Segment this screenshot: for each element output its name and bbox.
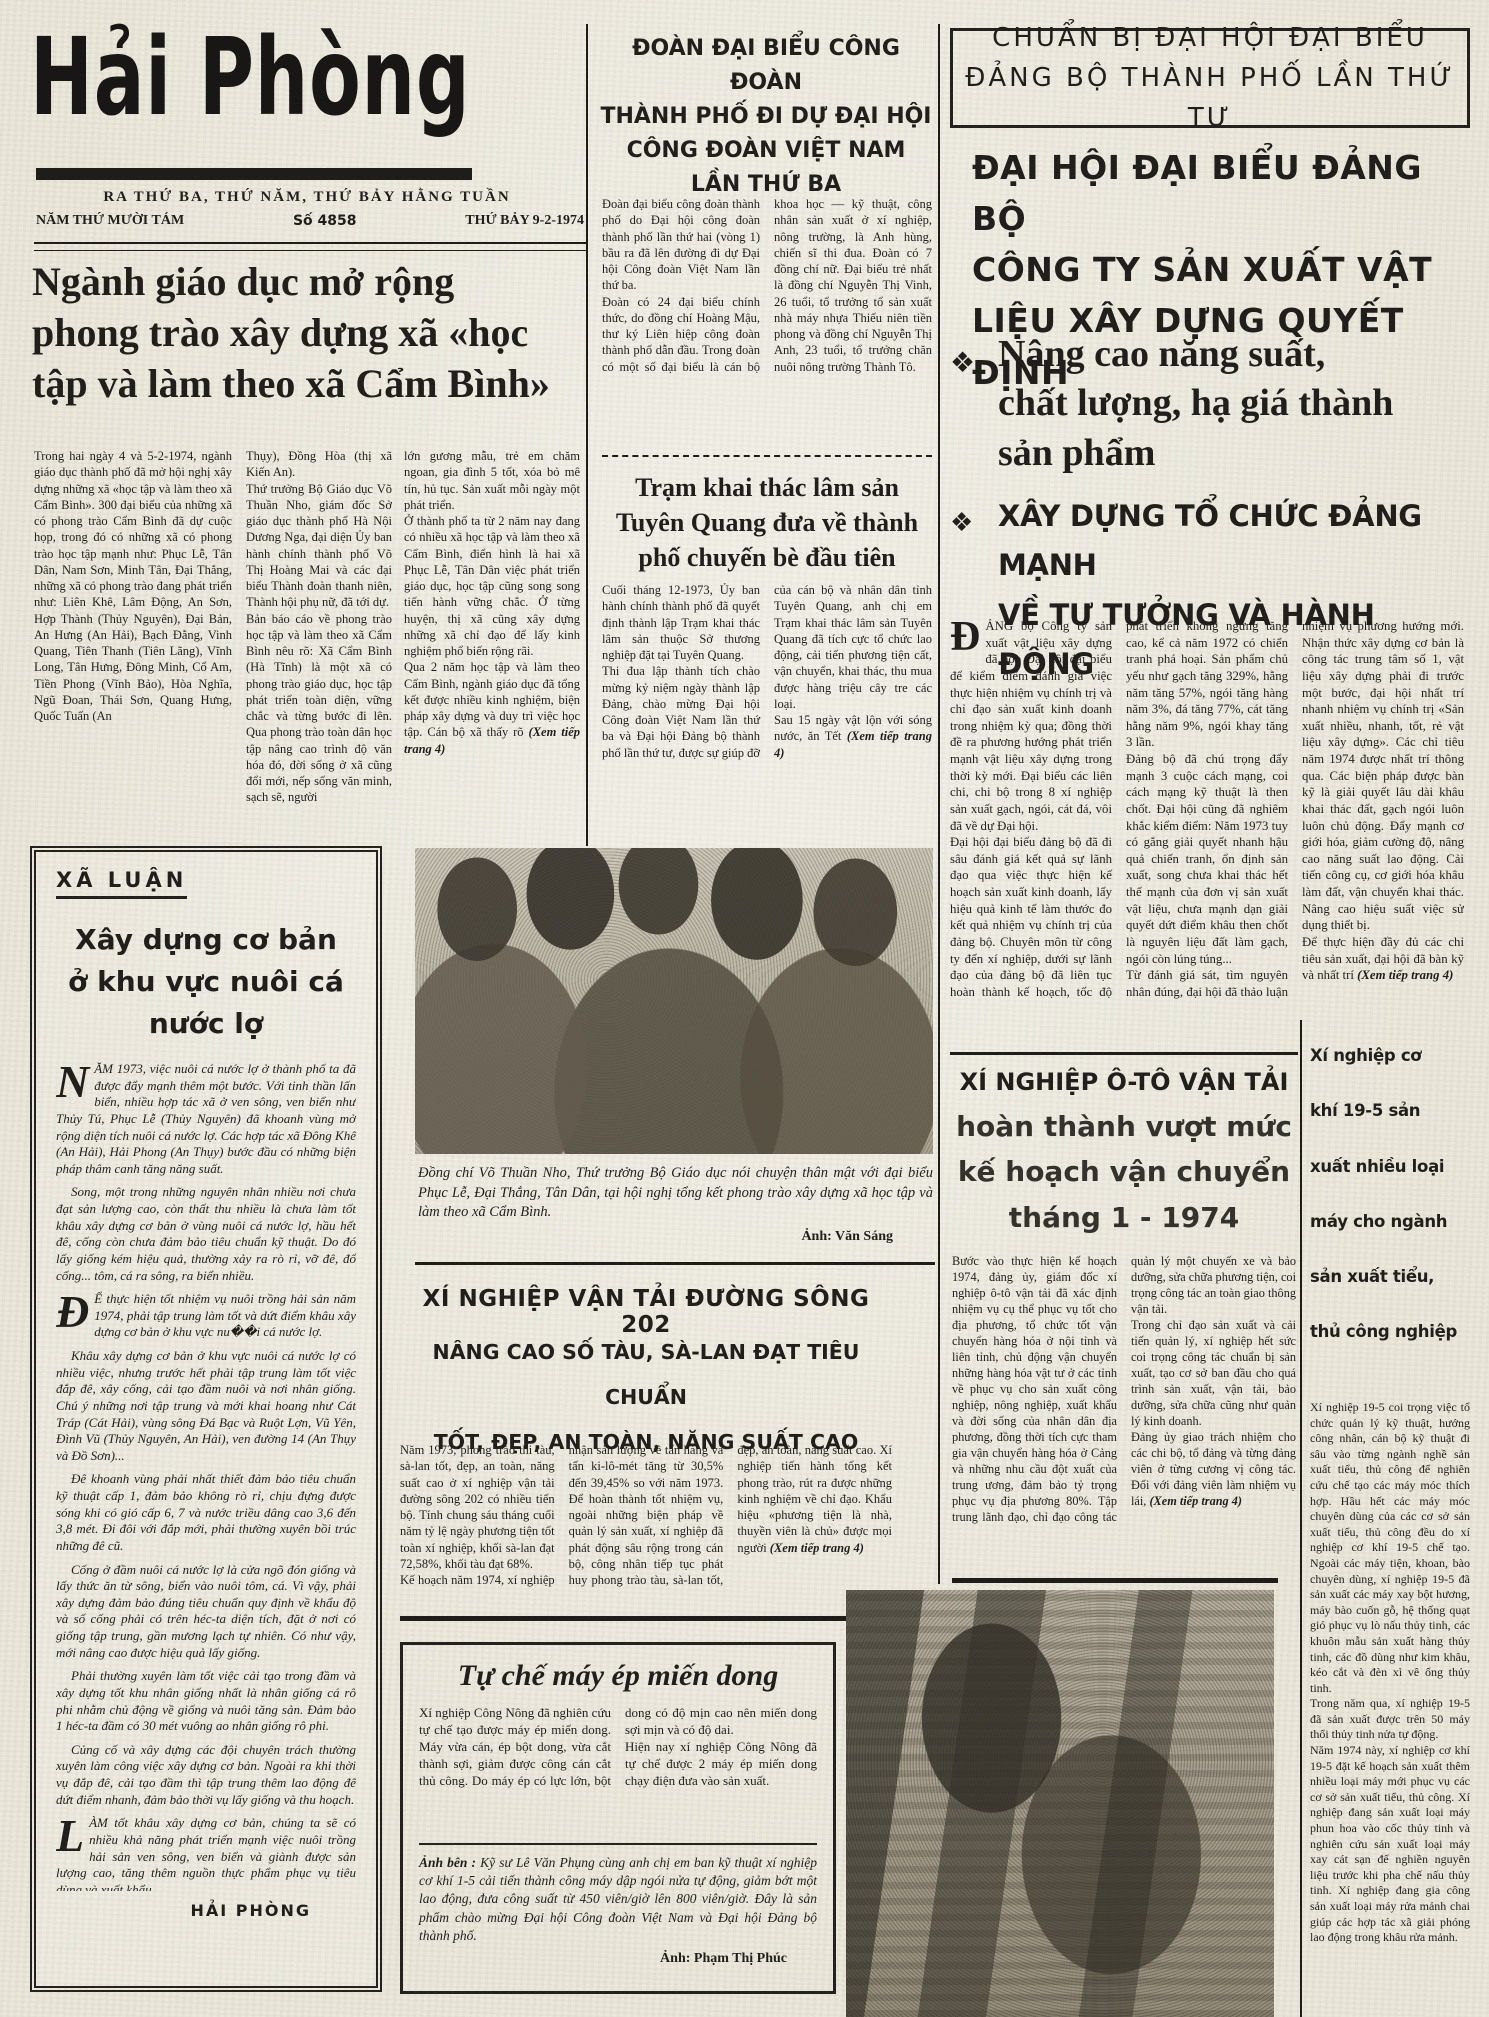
article-timber-body: Cuối tháng 12-1973, Ủy ban hành chính th… xyxy=(602,582,932,822)
continued-note: (Xem tiếp trang 4) xyxy=(770,1541,864,1555)
editorial-paragraph: NĂM 1973, việc nuôi cá nước lợ ở thành p… xyxy=(56,1061,356,1177)
article-195-body: Xí nghiệp 19-5 coi trọng việc tổ chức qu… xyxy=(1310,1400,1470,2010)
side-photo-credit: Ảnh: Phạm Thị Phúc xyxy=(419,1951,817,1967)
editorial-paragraph: Đê khoanh vùng phải nhất thiết đảm bảo t… xyxy=(56,1471,356,1554)
section-rule xyxy=(400,1616,892,1621)
party-dropcap: Đ xyxy=(950,618,985,655)
article-education-column-3: lớn gương mẫu, trẻ em chăm ngoan, gia đì… xyxy=(404,448,580,846)
editorial-body: NĂM 1973, việc nuôi cá nước lợ ở thành p… xyxy=(56,1061,356,1891)
article-education-column-3-text: lớn gương mẫu, trẻ em chăm ngoan, gia đì… xyxy=(404,449,580,739)
noodle-press-body: Xí nghiệp Công Nông đã nghiên cứu tự chế… xyxy=(419,1705,817,1833)
conference-photo xyxy=(415,848,933,1154)
section-rule xyxy=(950,1052,1298,1055)
publication-year: NĂM THỨ MƯỜI TÁM xyxy=(36,213,184,229)
box-divider-rule xyxy=(419,1843,817,1845)
diamond-bullet-icon: ❖ xyxy=(950,508,973,538)
issue-number: Số 4858 xyxy=(293,213,357,229)
editorial-dropcap: N xyxy=(56,1061,94,1101)
column-divider xyxy=(1300,1020,1302,2017)
article-oto-headline: hoàn thành vượt mức kế hoạch vận chuyển … xyxy=(952,1104,1296,1240)
article-202-text: Năm 1973, phong trào thi tàu, sà-lan tốt… xyxy=(400,1443,892,1587)
publication-schedule: RA THỨ BA, THỨ NĂM, THỨ BẢY HẰNG TUẦN xyxy=(36,189,578,206)
caption-label: Ảnh bên : xyxy=(419,1855,476,1870)
article-timber-headline: Trạm khai thác lâm sản Tuyên Quang đưa v… xyxy=(602,470,932,575)
editorial-label: XÃ LUẬN xyxy=(56,868,187,899)
photo-caption-block: Đồng chí Võ Thuần Nho, Thứ trưởng Bộ Giá… xyxy=(418,1164,933,1245)
issue-date: THỨ BẢY 9-2-1974 xyxy=(465,213,584,229)
section-rule xyxy=(415,1262,935,1265)
editorial-box: XÃ LUẬN Xây dựng cơ bản ở khu vực nuôi c… xyxy=(30,846,382,1992)
party-body: ĐẢNG bộ Công ty sản xuất vật liệu xây dự… xyxy=(950,618,1464,1018)
article-education-column-1: Trong hai ngày 4 và 5-2-1974, ngành giáo… xyxy=(34,448,232,846)
dashed-rule xyxy=(602,455,932,457)
editorial-dropcap: Đ xyxy=(56,1291,94,1331)
party-kicker-box: CHUẨN BỊ ĐẠI HỘI ĐẠI BIỂU ĐẢNG BỘ THÀNH … xyxy=(950,28,1470,128)
diamond-bullet-icon: ❖ xyxy=(950,346,975,380)
editorial-paragraph: Củng cố và xây dựng các đội chuyên trách… xyxy=(56,1742,356,1809)
party-kicker: CHUẨN BỊ ĐẠI HỘI ĐẠI BIỂU ĐẢNG BỘ THÀNH … xyxy=(953,18,1467,139)
masthead-bar xyxy=(36,168,472,180)
party-text: ẢNG bộ Công ty sản xuất vật liệu xây dựn… xyxy=(950,619,1464,999)
editorial-paragraph: Song, một trong những nguyên nhân nhiều … xyxy=(56,1184,356,1284)
section-rule xyxy=(952,1578,1278,1583)
article-union-body: Đoàn đại biểu công đoàn thành phố do Đại… xyxy=(602,196,932,446)
editorial-dropcap: L xyxy=(56,1815,89,1855)
editorial-paragraph: Khâu xây dựng cơ bản ở khu vực nuôi cá n… xyxy=(56,1348,356,1464)
side-photo-caption: Ảnh bên : Kỹ sư Lê Văn Phụng cùng anh ch… xyxy=(419,1854,817,1945)
editorial-paragraph: Cống ở đầm nuôi cá nước lợ là cửa ngõ đó… xyxy=(56,1562,356,1662)
masthead-title: Hải Phòng xyxy=(30,16,478,140)
editorial-headline: Xây dựng cơ bản ở khu vực nuôi cá nước l… xyxy=(56,919,356,1045)
continued-note: (Xem tiếp trang 4) xyxy=(1357,968,1453,982)
photo-caption: Đồng chí Võ Thuần Nho, Thứ trưởng Bộ Giá… xyxy=(418,1164,933,1223)
column-divider xyxy=(586,24,588,846)
article-education-column-2: Thụy), Đồng Hòa (thị xã Kiến An). Thứ tr… xyxy=(246,448,392,846)
newspaper-page: Hải Phòng RA THỨ BA, THỨ NĂM, THỨ BẢY HẰ… xyxy=(0,0,1489,2017)
workshop-photo xyxy=(846,1590,1274,2017)
continued-note: (Xem tiếp trang 4) xyxy=(1149,1494,1242,1508)
photo-credit: Ảnh: Văn Sáng xyxy=(418,1229,933,1245)
article-202-body: Năm 1973, phong trào thi tàu, sà-lan tốt… xyxy=(400,1442,892,1610)
article-oto-text: Bước vào thực hiện kế hoạch 1974, đảng ủ… xyxy=(952,1254,1296,1524)
editorial-paragraph: ĐỂ thực hiện tốt nhiệm vụ nuôi trồng hải… xyxy=(56,1291,356,1341)
editorial-signature: HẢI PHÒNG xyxy=(56,1901,356,1920)
article-195-headline: Xí nghiệp cơ khí 19-5 sản xuất nhiều loạ… xyxy=(1310,1028,1470,1360)
party-bullet-1: Nâng cao năng suất, chất lượng, hạ giá t… xyxy=(998,330,1468,478)
noodle-press-box: Tự chế máy ép miến dong Xí nghiệp Công N… xyxy=(400,1642,836,1994)
editorial-paragraph: LÀM tốt khâu xây dựng cơ bản, chúng ta s… xyxy=(56,1815,356,1891)
column-divider xyxy=(938,24,940,1584)
article-oto-body: Bước vào thực hiện kế hoạch 1974, đảng ủ… xyxy=(952,1254,1296,1568)
issue-row: NĂM THỨ MƯỜI TÁM Số 4858 THỨ BẢY 9-2-197… xyxy=(36,213,584,229)
noodle-press-title: Tự chế máy ép miến dong xyxy=(419,1659,817,1693)
double-rule xyxy=(34,242,586,251)
article-education-headline: Ngành giáo dục mở rộng phong trào xây dự… xyxy=(32,256,584,410)
article-union-headline: ĐOÀN ĐẠI BIỂU CÔNG ĐOÀN THÀNH PHỐ ĐI DỰ … xyxy=(600,32,932,202)
editorial-paragraph: Phải thường xuyên làm tốt việc cải tạo t… xyxy=(56,1668,356,1735)
article-oto-kicker: XÍ NGHIỆP Ô-TÔ VẬN TẢI xyxy=(952,1068,1296,1096)
